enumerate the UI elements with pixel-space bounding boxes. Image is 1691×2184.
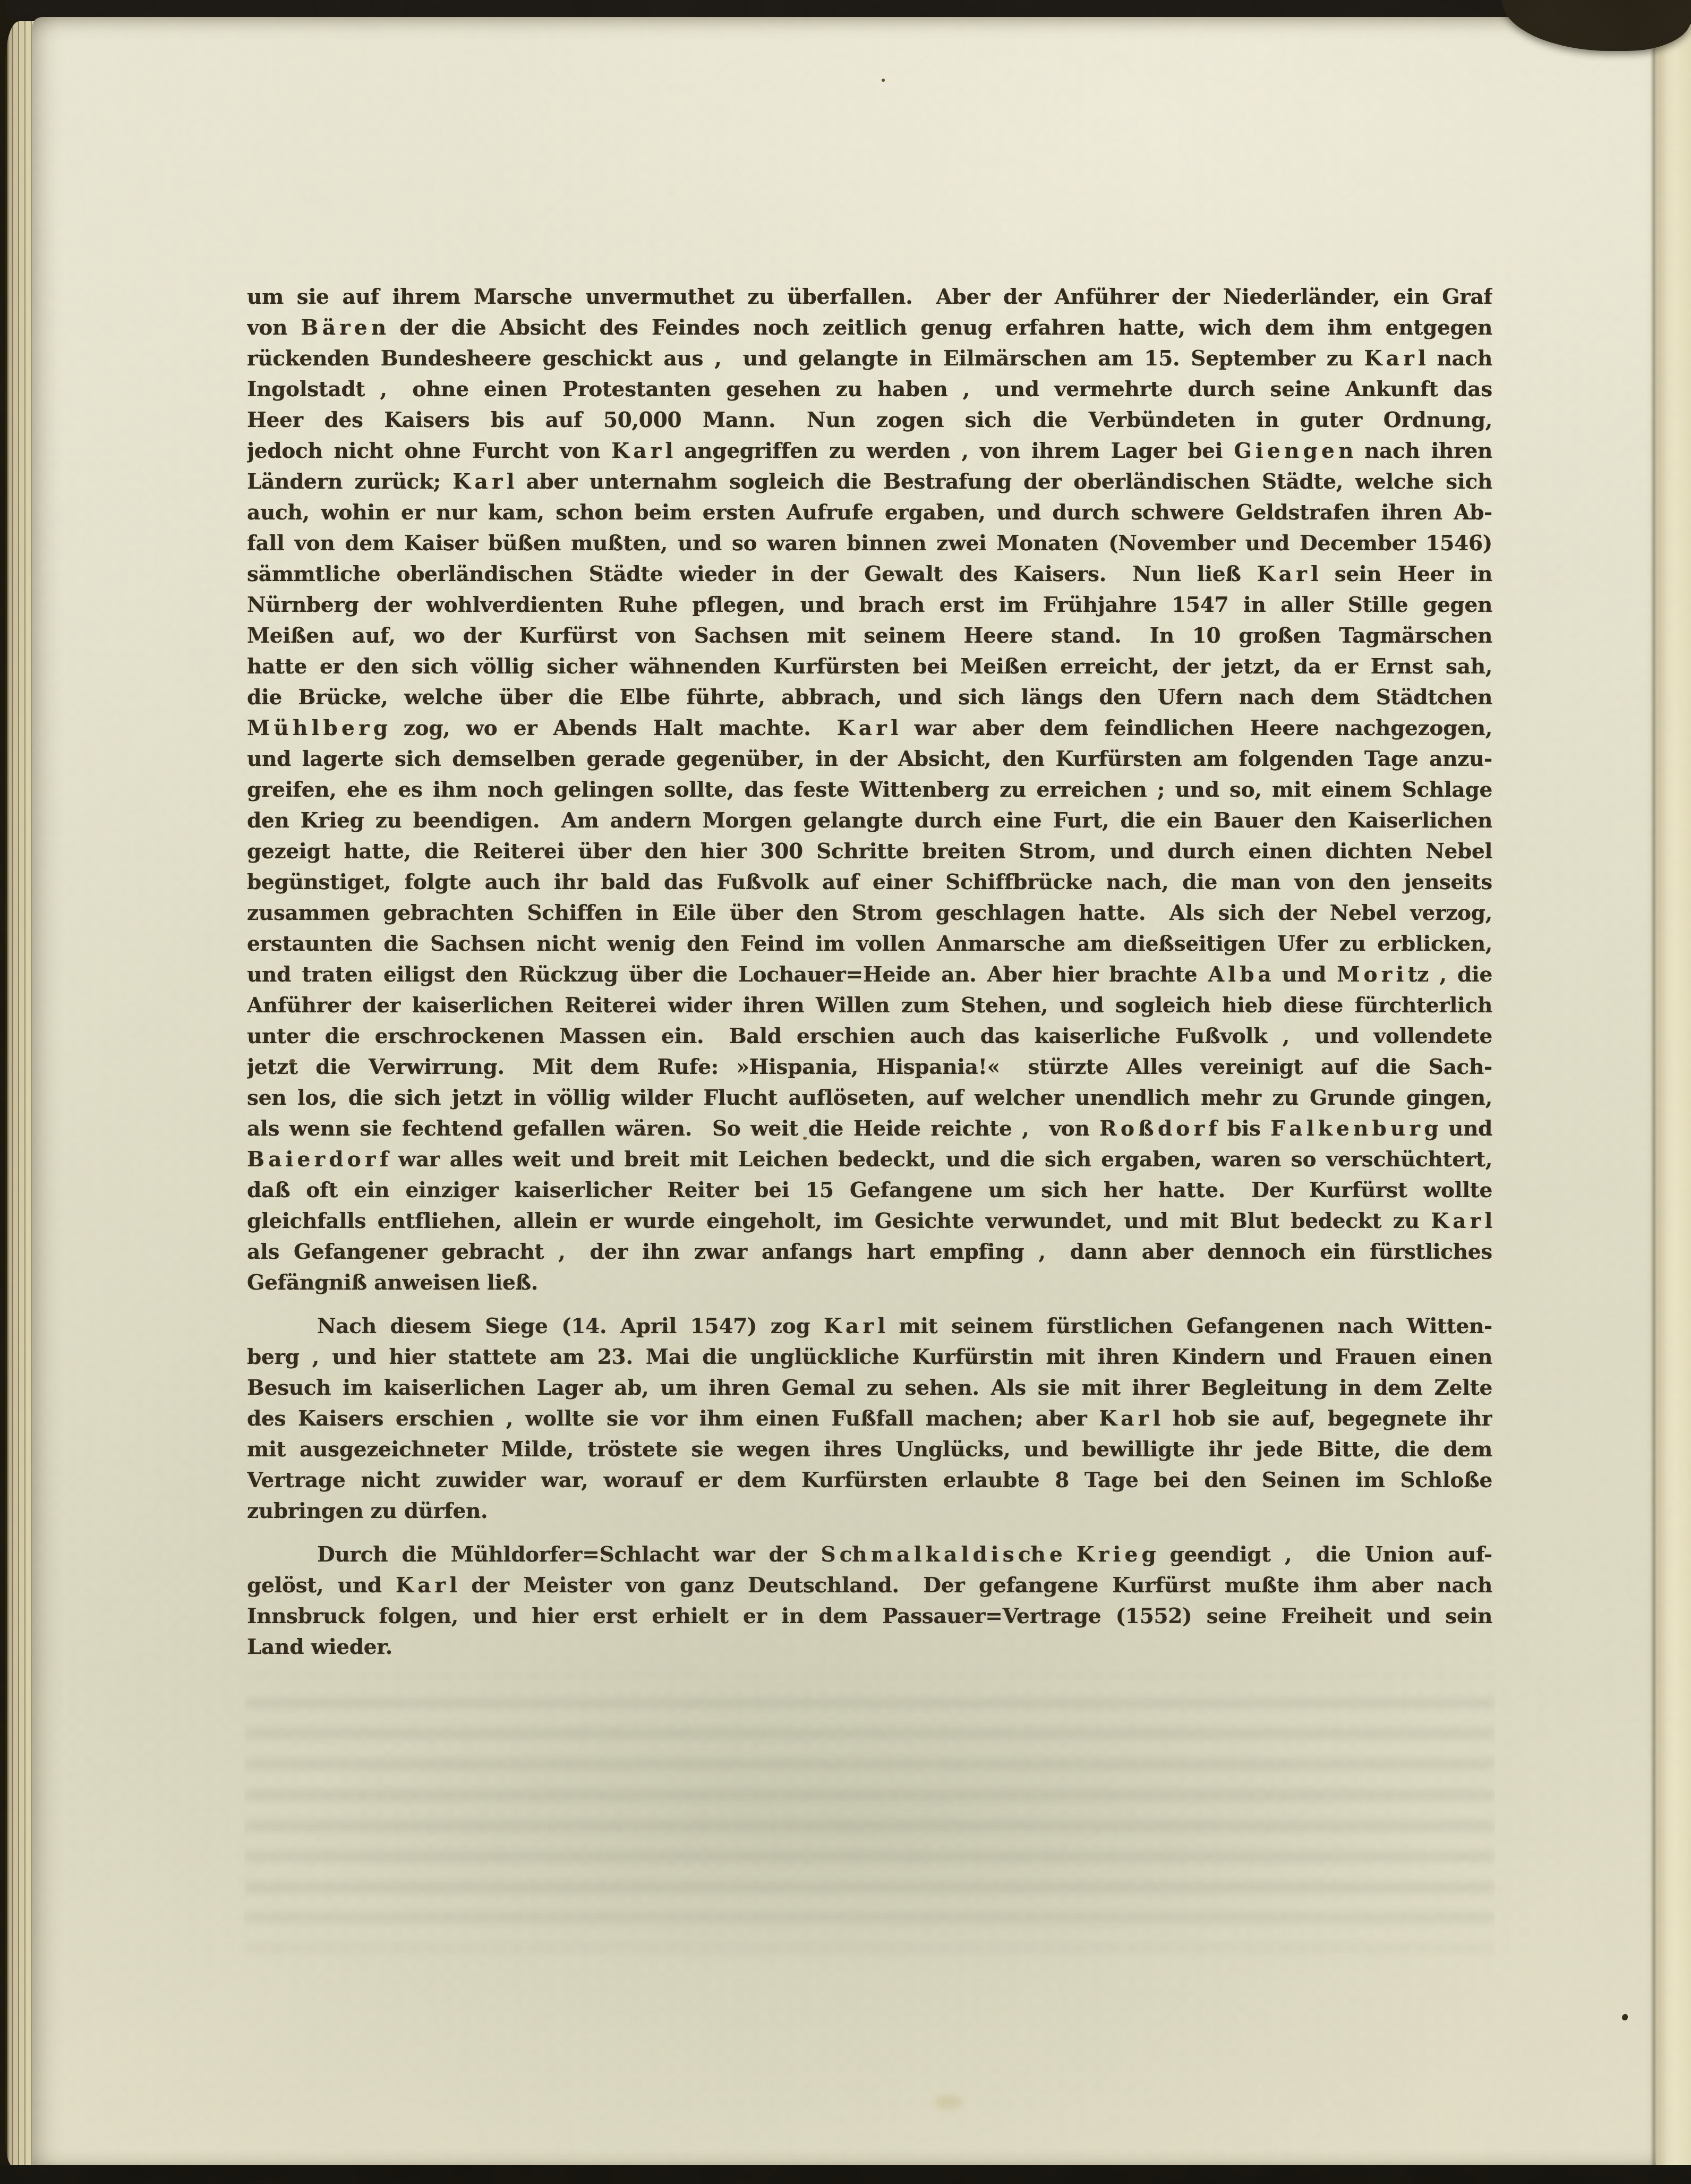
text-line: gleichfalls entfliehen, allein er wurde … [247, 1206, 1492, 1236]
text-line: gelöst, und K a r l der Meister von ganz… [247, 1570, 1492, 1601]
text-line: erstaunten die Sachsen nicht wenig den F… [247, 928, 1492, 959]
next-page-edge [1656, 24, 1691, 2167]
text-line: Meißen auf, wo der Kurfürst von Sachsen … [247, 620, 1492, 651]
book-page: um sie auf ihrem Marsche unvermuthet zu … [32, 17, 1656, 2167]
paragraph: Durch die Mühldorfer=Schlacht war der S … [247, 1539, 1492, 1662]
page-edge-crease [1651, 21, 1657, 2167]
text-line: von B ä r e n der die Absicht des Feinde… [247, 312, 1492, 343]
text-line: mit ausgezeichneter Milde, tröstete sie … [247, 1434, 1492, 1465]
paper-speck [289, 1059, 295, 1063]
text-line: greifen, ehe es ihm noch gelingen sollte… [247, 774, 1492, 805]
text-line: Anführer der kaiserlichen Reiterei wider… [247, 990, 1492, 1021]
text-line: Nürnberg der wohlverdienten Ruhe pflegen… [247, 590, 1492, 620]
text-line: M ü h l b e r g zog, wo er Abends Halt m… [247, 713, 1492, 744]
paper-stain [935, 2095, 962, 2110]
text-line: Nach diesem Siege (14. April 1547) zog K… [247, 1311, 1492, 1342]
paper-speck [882, 79, 885, 82]
text-line: unter die erschrockenen Massen ein. Bald… [247, 1021, 1492, 1052]
text-line: zusammen gebrachten Schiffen in Eile übe… [247, 898, 1492, 928]
text-line: Besuch im kaiserlichen Lager ab, um ihre… [247, 1372, 1492, 1403]
text-line: sämmtliche oberländischen Städte wieder … [247, 559, 1492, 590]
text-line: Vertrage nicht zuwider war, worauf er de… [247, 1465, 1492, 1496]
text-line: fall von dem Kaiser büßen mußten, und so… [247, 528, 1492, 559]
text-line: begünstiget, folgte auch ihr bald das Fu… [247, 867, 1492, 898]
text-line: B a i e r d o r f war alles weit und bre… [247, 1144, 1492, 1175]
text-line: jetzt die Verwirrung. Mit dem Rufe: »His… [247, 1052, 1492, 1082]
text-line: jedoch nicht ohne Furcht von K a r l ang… [247, 436, 1492, 466]
text-line: die Brücke, welche über die Elbe führte,… [247, 682, 1492, 713]
text-line: und lagerte sich demselben gerade gegenü… [247, 744, 1492, 774]
book-scan: { "document": { "language": "German (Fra… [0, 0, 1691, 2184]
text-line: rückenden Bundesheere geschickt aus , un… [247, 343, 1492, 374]
text-line: auch, wohin er nur kam, schon beim erste… [247, 497, 1492, 528]
text-line: Ingolstadt , ohne einen Protestanten ges… [247, 374, 1492, 405]
text-line: als Gefangener gebracht , der ihn zwar a… [247, 1236, 1492, 1267]
text-block: um sie auf ihrem Marsche unvermuthet zu … [247, 281, 1492, 1668]
text-line: zubringen zu dürfen. [247, 1496, 1492, 1526]
text-line: Heer des Kaisers bis auf 50,000 Mann. Nu… [247, 405, 1492, 436]
text-line: und traten eiligst den Rückzug über die … [247, 959, 1492, 990]
text-line: um sie auf ihrem Marsche unvermuthet zu … [247, 281, 1492, 312]
text-line: als wenn sie fechtend gefallen wären. So… [247, 1113, 1492, 1144]
text-line: sen los, die sich jetzt in völlig wilder… [247, 1082, 1492, 1113]
paragraph: um sie auf ihrem Marsche unvermuthet zu … [247, 281, 1492, 1298]
text-line: den Krieg zu beendigen. Am andern Morgen… [247, 805, 1492, 836]
scan-background-bottom [0, 2165, 1691, 2184]
text-line: Durch die Mühldorfer=Schlacht war der S … [247, 1539, 1492, 1570]
text-line: berg , und hier stattete am 23. Mai die … [247, 1342, 1492, 1372]
text-line: daß oft ein einziger kaiserlicher Reiter… [247, 1175, 1492, 1206]
text-line: Ländern zurück; K a r l aber unternahm s… [247, 466, 1492, 497]
text-line: gezeigt hatte, die Reiterei über den hie… [247, 836, 1492, 867]
verso-show-through-lines [244, 1668, 1495, 1976]
text-line: Gefängniß anweisen ließ. [247, 1267, 1492, 1298]
paper-speck [1622, 2014, 1628, 2020]
paper-speck [803, 1137, 807, 1140]
text-line: Innsbruck folgen, und hier erst erhielt … [247, 1601, 1492, 1632]
text-line: des Kaisers erschien , wollte sie vor ih… [247, 1403, 1492, 1434]
text-line: Land wieder. [247, 1632, 1492, 1662]
text-line: hatte er den sich völlig sicher wähnende… [247, 651, 1492, 682]
paragraph: Nach diesem Siege (14. April 1547) zog K… [247, 1311, 1492, 1526]
